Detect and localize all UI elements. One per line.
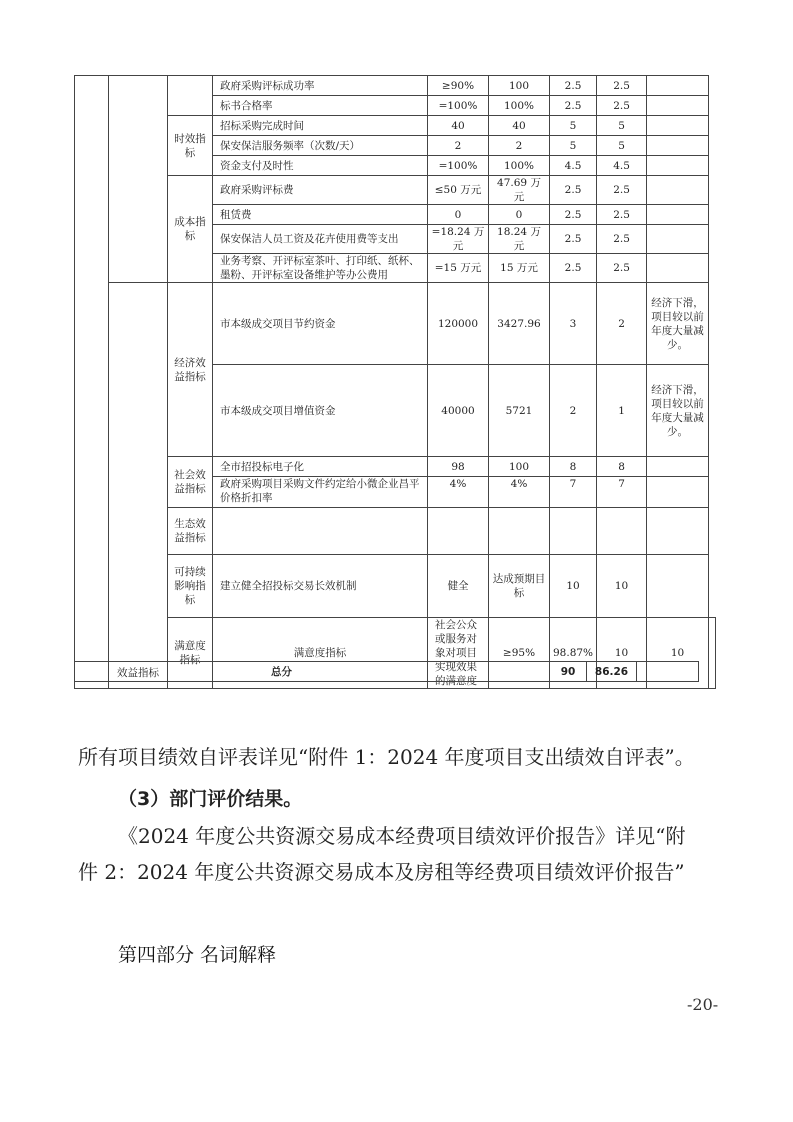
actual: 100 xyxy=(489,457,550,477)
indicator: 建立健全招投标交易长效机制 xyxy=(213,555,428,618)
indicator: 租赁费 xyxy=(213,205,428,225)
note xyxy=(647,76,709,96)
indicator: 资金支付及时性 xyxy=(213,156,428,176)
section-title: 第四部分 名词解释 xyxy=(118,943,276,967)
score: 8 xyxy=(597,457,647,477)
note xyxy=(647,156,709,176)
performance-table: 政府采购评标成功率 ≥90% 100 2.5 2.5 标书合格率 =100% 1… xyxy=(74,75,716,689)
weight: 2 xyxy=(550,365,597,457)
indicator: 市本级成交项目节约资金 xyxy=(213,283,428,365)
target: 98 xyxy=(428,457,489,477)
indicator: 标书合格率 xyxy=(213,96,428,116)
total-row-table: 总分 90 86.26 xyxy=(74,661,699,682)
note xyxy=(647,457,709,477)
actual: 2 xyxy=(489,136,550,156)
actual: 18.24 万元 xyxy=(489,225,550,254)
actual: 100% xyxy=(489,96,550,116)
total-score: 86.26 xyxy=(587,662,637,682)
note xyxy=(647,176,709,205)
indicator: 政府采购项目采购文件约定给小微企业昌平价格折扣率 xyxy=(213,477,428,508)
actual: 100% xyxy=(489,156,550,176)
note: 经济下滑，项目较以前年度大量减少。 xyxy=(647,283,709,365)
group-cost: 成本指标 xyxy=(168,176,213,283)
weight: 5 xyxy=(550,136,597,156)
total-label: 总分 xyxy=(75,662,489,682)
note xyxy=(647,225,709,254)
actual: 5721 xyxy=(489,365,550,457)
level1-cell xyxy=(75,76,109,689)
target: =100% xyxy=(428,96,489,116)
note xyxy=(647,555,709,618)
score: 7 xyxy=(597,477,647,508)
score: 4.5 xyxy=(597,156,647,176)
target: 0 xyxy=(428,205,489,225)
weight: 2.5 xyxy=(550,96,597,116)
group-timeliness: 时效指标 xyxy=(168,116,213,176)
weight: 4.5 xyxy=(550,156,597,176)
actual: 100 xyxy=(489,76,550,96)
weight: 2.5 xyxy=(550,225,597,254)
score: 2.5 xyxy=(597,76,647,96)
level3-cell-quality xyxy=(168,76,213,116)
weight: 7 xyxy=(550,477,597,508)
total-actual xyxy=(489,662,550,682)
actual xyxy=(489,508,550,555)
target xyxy=(428,508,489,555)
score: 2 xyxy=(597,283,647,365)
target: ≥90% xyxy=(428,76,489,96)
weight: 8 xyxy=(550,457,597,477)
weight: 5 xyxy=(550,116,597,136)
weight: 2.5 xyxy=(550,205,597,225)
target: 2 xyxy=(428,136,489,156)
note: 经济下滑，项目较以前年度大量减少。 xyxy=(647,365,709,457)
actual: 47.69 万元 xyxy=(489,176,550,205)
target: ≤50 万元 xyxy=(428,176,489,205)
target: =100% xyxy=(428,156,489,176)
indicator: 政府采购评标费 xyxy=(213,176,428,205)
group-sustainable: 可持续影响指标 xyxy=(168,555,213,618)
group-benefit: 效益指标 xyxy=(109,283,168,689)
indicator: 保安保洁服务频率（次数/天） xyxy=(213,136,428,156)
target: 40000 xyxy=(428,365,489,457)
score xyxy=(597,508,647,555)
actual: 3427.96 xyxy=(489,283,550,365)
weight: 10 xyxy=(550,555,597,618)
score: 10 xyxy=(597,555,647,618)
note xyxy=(647,96,709,116)
paragraph-attachment-2-line2: 件 2：2024 年度公共资源交易成本及房租等经费项目绩效评价报告” xyxy=(78,860,685,884)
indicator: 招标采购完成时间 xyxy=(213,116,428,136)
group-economic: 经济效益指标 xyxy=(168,283,213,457)
target: 健全 xyxy=(428,555,489,618)
actual: 达成预期目标 xyxy=(489,555,550,618)
target: =15 万元 xyxy=(428,254,489,283)
score: 2.5 xyxy=(597,176,647,205)
paragraph-attachment-1: 所有项目绩效自评表详见“附件 1：2024 年度项目支出绩效自评表”。 xyxy=(78,745,695,769)
indicator: 政府采购评标成功率 xyxy=(213,76,428,96)
score: 5 xyxy=(597,116,647,136)
score: 2.5 xyxy=(597,205,647,225)
note xyxy=(647,254,709,283)
indicator xyxy=(213,508,428,555)
indicator: 保安保洁人员工资及花卉使用费等支出 xyxy=(213,225,428,254)
total-note xyxy=(637,662,699,682)
actual: 4% xyxy=(489,477,550,508)
page-number: -20- xyxy=(687,995,718,1014)
note xyxy=(709,618,716,689)
score: 5 xyxy=(597,136,647,156)
level2-cell-output xyxy=(109,76,168,283)
score: 1 xyxy=(597,365,647,457)
group-ecological: 生态效益指标 xyxy=(168,508,213,555)
score: 2.5 xyxy=(597,96,647,116)
note xyxy=(647,477,709,508)
indicator: 业务考察、开评标室茶叶、打印纸、纸杯、墨粉、开评标室设备维护等办公费用 xyxy=(213,254,428,283)
indicator: 全市招投标电子化 xyxy=(213,457,428,477)
group-social: 社会效益指标 xyxy=(168,457,213,508)
actual: 40 xyxy=(489,116,550,136)
heading-dept-evaluation: （3）部门评价结果。 xyxy=(118,787,302,811)
target: 4% xyxy=(428,477,489,508)
weight: 2.5 xyxy=(550,254,597,283)
target: 120000 xyxy=(428,283,489,365)
target: =18.24 万元 xyxy=(428,225,489,254)
actual: 15 万元 xyxy=(489,254,550,283)
note xyxy=(647,136,709,156)
score: 2.5 xyxy=(597,225,647,254)
note xyxy=(647,205,709,225)
note xyxy=(647,508,709,555)
target: 40 xyxy=(428,116,489,136)
weight: 2.5 xyxy=(550,176,597,205)
note xyxy=(647,116,709,136)
score: 2.5 xyxy=(597,254,647,283)
weight: 2.5 xyxy=(550,76,597,96)
weight: 3 xyxy=(550,283,597,365)
actual: 0 xyxy=(489,205,550,225)
weight xyxy=(550,508,597,555)
indicator: 市本级成交项目增值资金 xyxy=(213,365,428,457)
paragraph-attachment-2-line1: 《2024 年度公共资源交易成本经费项目绩效评价报告》详见“附 xyxy=(118,824,685,848)
total-weight: 90 xyxy=(550,662,587,682)
